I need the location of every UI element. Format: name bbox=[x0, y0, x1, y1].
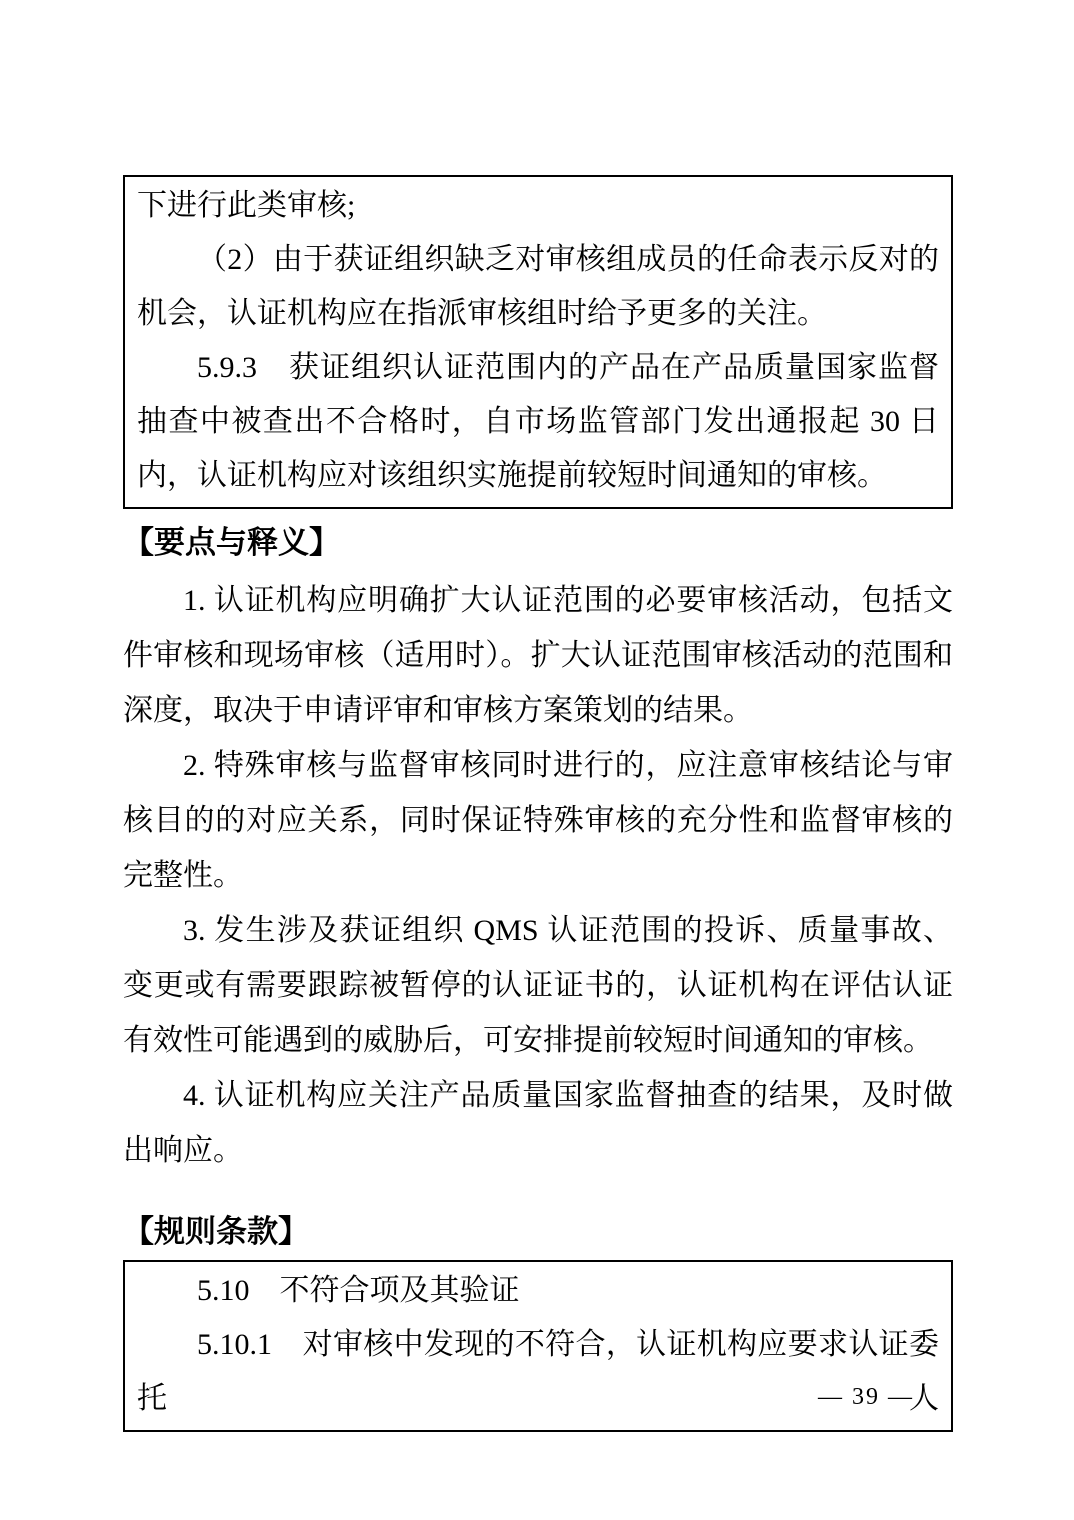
rule-excerpt-box-top: 下进行此类审核; （2）由于获证组织缺乏对审核组成员的任命表示反对的机会，认证机… bbox=[123, 175, 953, 509]
key-points-heading: 【要点与释义】 bbox=[123, 521, 953, 565]
rule-clauses-heading: 【规则条款】 bbox=[123, 1210, 953, 1254]
key-point-4: 4. 认证机构应关注产品质量国家监督抽查的结果，及时做出响应。 bbox=[123, 1068, 953, 1178]
page-number: — 39 — bbox=[818, 1382, 914, 1412]
page-content: 下进行此类审核; （2）由于获证组织缺乏对审核组成员的任命表示反对的机会，认证机… bbox=[123, 0, 953, 1432]
document-page: 下进行此类审核; （2）由于获证组织缺乏对审核组成员的任命表示反对的机会，认证机… bbox=[0, 0, 1074, 1520]
key-point-2: 2. 特殊审核与监督审核同时进行的，应注意审核结论与审核目的的对应关系，同时保证… bbox=[123, 738, 953, 903]
excerpt-continuation-line: 下进行此类审核; bbox=[137, 179, 939, 233]
key-point-1: 1. 认证机构应明确扩大认证范围的必要审核活动，包括文件审核和现场审核（适用时）… bbox=[123, 573, 953, 738]
clause-5-10-title: 5.10 不符合项及其验证 bbox=[137, 1264, 939, 1318]
excerpt-paragraph-5-9-3: 5.9.3 获证组织认证范围内的产品在产品质量国家监督抽查中被查出不合格时，自市… bbox=[137, 341, 939, 503]
excerpt-paragraph-2: （2）由于获证组织缺乏对审核组成员的任命表示反对的机会，认证机构应在指派审核组时… bbox=[137, 233, 939, 341]
key-point-3: 3. 发生涉及获证组织 QMS 认证范围的投诉、质量事故、变更或有需要跟踪被暂停… bbox=[123, 903, 953, 1068]
